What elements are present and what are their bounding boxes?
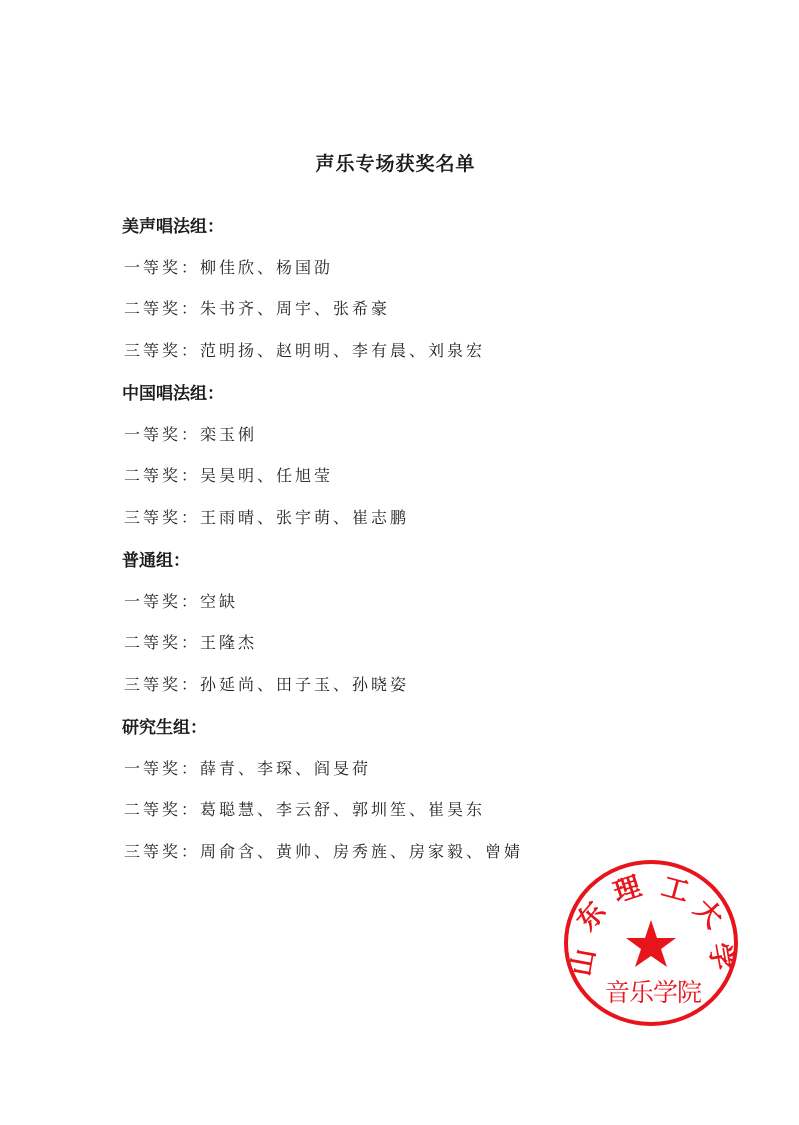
award-label: 二等奖： bbox=[124, 800, 200, 819]
award-names: 朱书齐、周宇、张希豪 bbox=[200, 299, 390, 318]
award-line: 三等奖：王雨晴、张宇萌、崔志鹏 bbox=[124, 505, 409, 528]
award-label: 三等奖： bbox=[124, 842, 200, 861]
award-line: 一等奖：栾玉俐 bbox=[124, 422, 257, 445]
seal-char: 理 bbox=[610, 871, 645, 909]
group-heading-graduate: 研究生组： bbox=[122, 713, 207, 738]
award-label: 二等奖： bbox=[124, 299, 200, 318]
official-seal: 山 东 理 工 大 学 音乐学院 bbox=[562, 858, 740, 1028]
seal-char: 学 bbox=[703, 941, 738, 973]
award-line: 二等奖：葛聪慧、李云舒、郭圳笙、崔昊东 bbox=[124, 797, 485, 820]
award-label: 三等奖： bbox=[124, 508, 200, 527]
award-names: 葛聪慧、李云舒、郭圳笙、崔昊东 bbox=[200, 800, 485, 819]
award-label: 一等奖： bbox=[124, 425, 200, 444]
award-label: 一等奖： bbox=[124, 592, 200, 611]
award-label: 三等奖： bbox=[124, 341, 200, 360]
award-line: 一等奖：柳佳欣、杨国劭 bbox=[124, 255, 333, 278]
award-names: 柳佳欣、杨国劭 bbox=[200, 258, 333, 277]
award-line: 二等奖：王隆杰 bbox=[124, 630, 257, 653]
award-names: 孙延尚、田子玉、孙晓姿 bbox=[200, 675, 409, 694]
seal-bottom-text: 音乐学院 bbox=[605, 978, 702, 1007]
award-names: 空缺 bbox=[200, 592, 238, 611]
award-label: 二等奖： bbox=[124, 633, 200, 652]
award-names: 薛青、李琛、阎旻荷 bbox=[200, 759, 371, 778]
seal-char: 工 bbox=[658, 871, 692, 908]
document-title: 声乐专场获奖名单 bbox=[0, 149, 799, 176]
award-names: 范明扬、赵明明、李有晨、刘泉宏 bbox=[200, 341, 485, 360]
award-line: 三等奖：孙延尚、田子玉、孙晓姿 bbox=[124, 672, 409, 695]
award-label: 三等奖： bbox=[124, 675, 200, 694]
award-names: 王隆杰 bbox=[200, 633, 257, 652]
group-heading-bel-canto: 美声唱法组： bbox=[122, 212, 224, 237]
award-line: 三等奖：范明扬、赵明明、李有晨、刘泉宏 bbox=[124, 338, 485, 361]
award-line: 三等奖：周俞含、黄帅、房秀旌、房家毅、曾婧 bbox=[124, 839, 523, 862]
award-line: 二等奖：朱书齐、周宇、张希豪 bbox=[124, 296, 390, 319]
seal-graphic: 山 东 理 工 大 学 音乐学院 bbox=[562, 858, 740, 1028]
award-names: 王雨晴、张宇萌、崔志鹏 bbox=[200, 508, 409, 527]
award-names: 周俞含、黄帅、房秀旌、房家毅、曾婧 bbox=[200, 842, 523, 861]
award-line: 一等奖：空缺 bbox=[124, 589, 238, 612]
award-line: 二等奖：吴昊明、任旭莹 bbox=[124, 463, 333, 486]
award-label: 一等奖： bbox=[124, 258, 200, 277]
document-title-text: 声乐专场获奖名单 bbox=[315, 153, 475, 175]
award-label: 一等奖： bbox=[124, 759, 200, 778]
star-icon bbox=[626, 920, 676, 967]
award-label: 二等奖： bbox=[124, 466, 200, 485]
seal-char: 山 bbox=[566, 947, 601, 979]
award-names: 吴昊明、任旭莹 bbox=[200, 466, 333, 485]
group-heading-chinese-style: 中国唱法组： bbox=[122, 379, 224, 404]
group-heading-general: 普通组： bbox=[122, 546, 190, 571]
award-line: 一等奖：薛青、李琛、阎旻荷 bbox=[124, 756, 371, 779]
award-names: 栾玉俐 bbox=[200, 425, 257, 444]
